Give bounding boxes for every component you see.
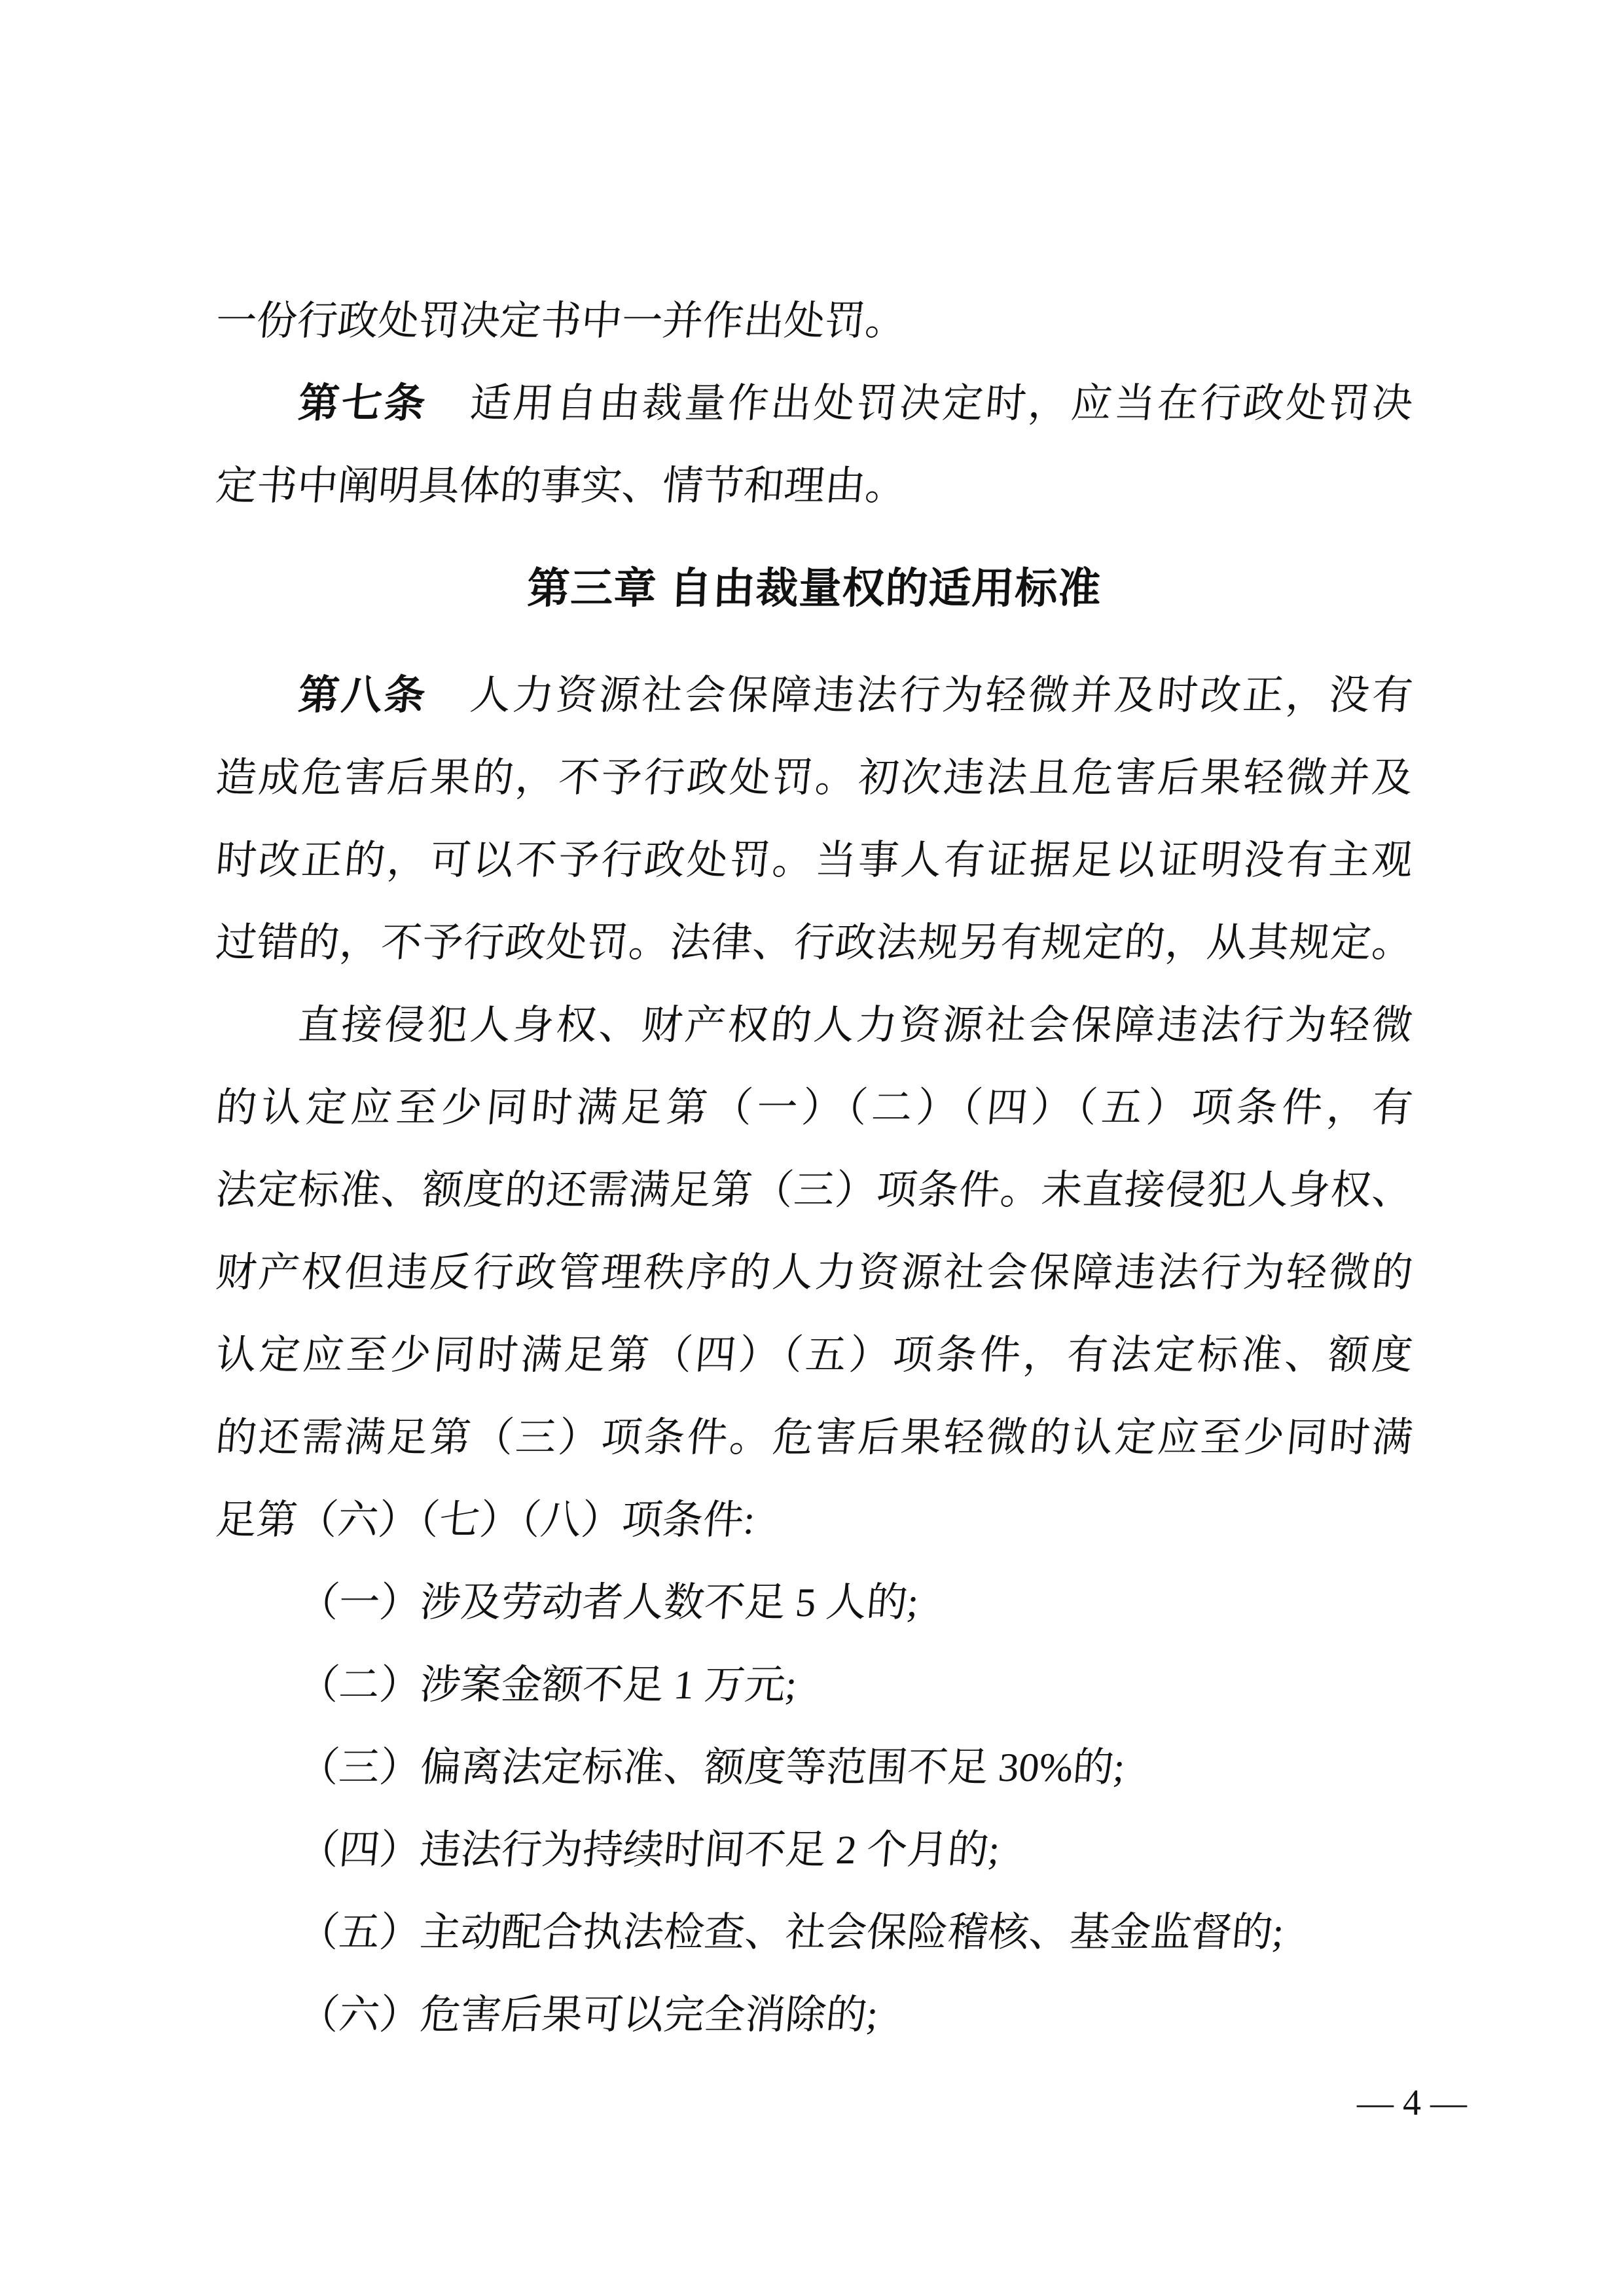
article-number: 第七条 — [297, 382, 429, 426]
list-item: （六）危害后果可以完全消除的; — [212, 1974, 1416, 2056]
article-number: 第八条 — [297, 673, 429, 718]
text-line: 直接侵犯人身权、财产权的人力资源社会保障违法行为轻微 — [212, 984, 1416, 1067]
text-line-article-7: 第七条 适用自由裁量作出处罚决定时，应当在行政处罚决 — [212, 363, 1416, 445]
text-run: 适用自由裁量作出处罚决定时，应当在行政处罚决 — [425, 382, 1415, 426]
text-line: 足第（六）（七）（八）项条件: — [212, 1479, 1416, 1562]
text-line: 过错的，不予行政处罚。法律、行政法规另有规定的，从其规定。 — [212, 902, 1416, 984]
text-run: 人力资源社会保障违法行为轻微并及时改正，没有 — [425, 673, 1415, 718]
page-number: — 4 — — [1357, 2080, 1467, 2126]
document-body: 一份行政处罚决定书中一并作出处罚。 第七条 适用自由裁量作出处罚决定时，应当在行… — [216, 280, 1413, 2056]
list-item: （五）主动配合执法检查、社会保险稽核、基金监督的; — [212, 1892, 1416, 1974]
text-line: 财产权但违反行政管理秩序的人力资源社会保障违法行为轻微的 — [212, 1232, 1416, 1314]
list-item: （三）偏离法定标准、额度等范围不足 30%的; — [212, 1727, 1416, 1809]
text-line-article-8: 第八条 人力资源社会保障违法行为轻微并及时改正，没有 — [212, 655, 1416, 737]
text-line: 认定应至少同时满足第（四）（五）项条件，有法定标准、额度 — [212, 1314, 1416, 1397]
text-line: 的还需满足第（三）项条件。危害后果轻微的认定应至少同时满 — [212, 1397, 1416, 1479]
list-item: （一）涉及劳动者人数不足 5 人的; — [212, 1562, 1416, 1644]
chapter-heading: 第三章 自由裁量权的适用标准 — [215, 547, 1414, 630]
text-line: 一份行政处罚决定书中一并作出处罚。 — [212, 280, 1416, 363]
text-line: 的认定应至少同时满足第（一）（二）（四）（五）项条件，有 — [212, 1067, 1416, 1149]
text-line: 造成危害后果的，不予行政处罚。初次违法且危害后果轻微并及 — [212, 737, 1416, 819]
list-item: （四）违法行为持续时间不足 2 个月的; — [212, 1809, 1416, 1892]
text-line: 时改正的，可以不予行政处罚。当事人有证据足以证明没有主观 — [212, 819, 1416, 902]
text-line: 法定标准、额度的还需满足第（三）项条件。未直接侵犯人身权、 — [212, 1149, 1416, 1232]
document-page: 一份行政处罚决定书中一并作出处罚。 第七条 适用自由裁量作出处罚决定时，应当在行… — [0, 0, 1624, 2296]
list-item: （二）涉案金额不足 1 万元; — [212, 1644, 1416, 1727]
text-line: 定书中阐明具体的事实、情节和理由。 — [212, 445, 1416, 528]
